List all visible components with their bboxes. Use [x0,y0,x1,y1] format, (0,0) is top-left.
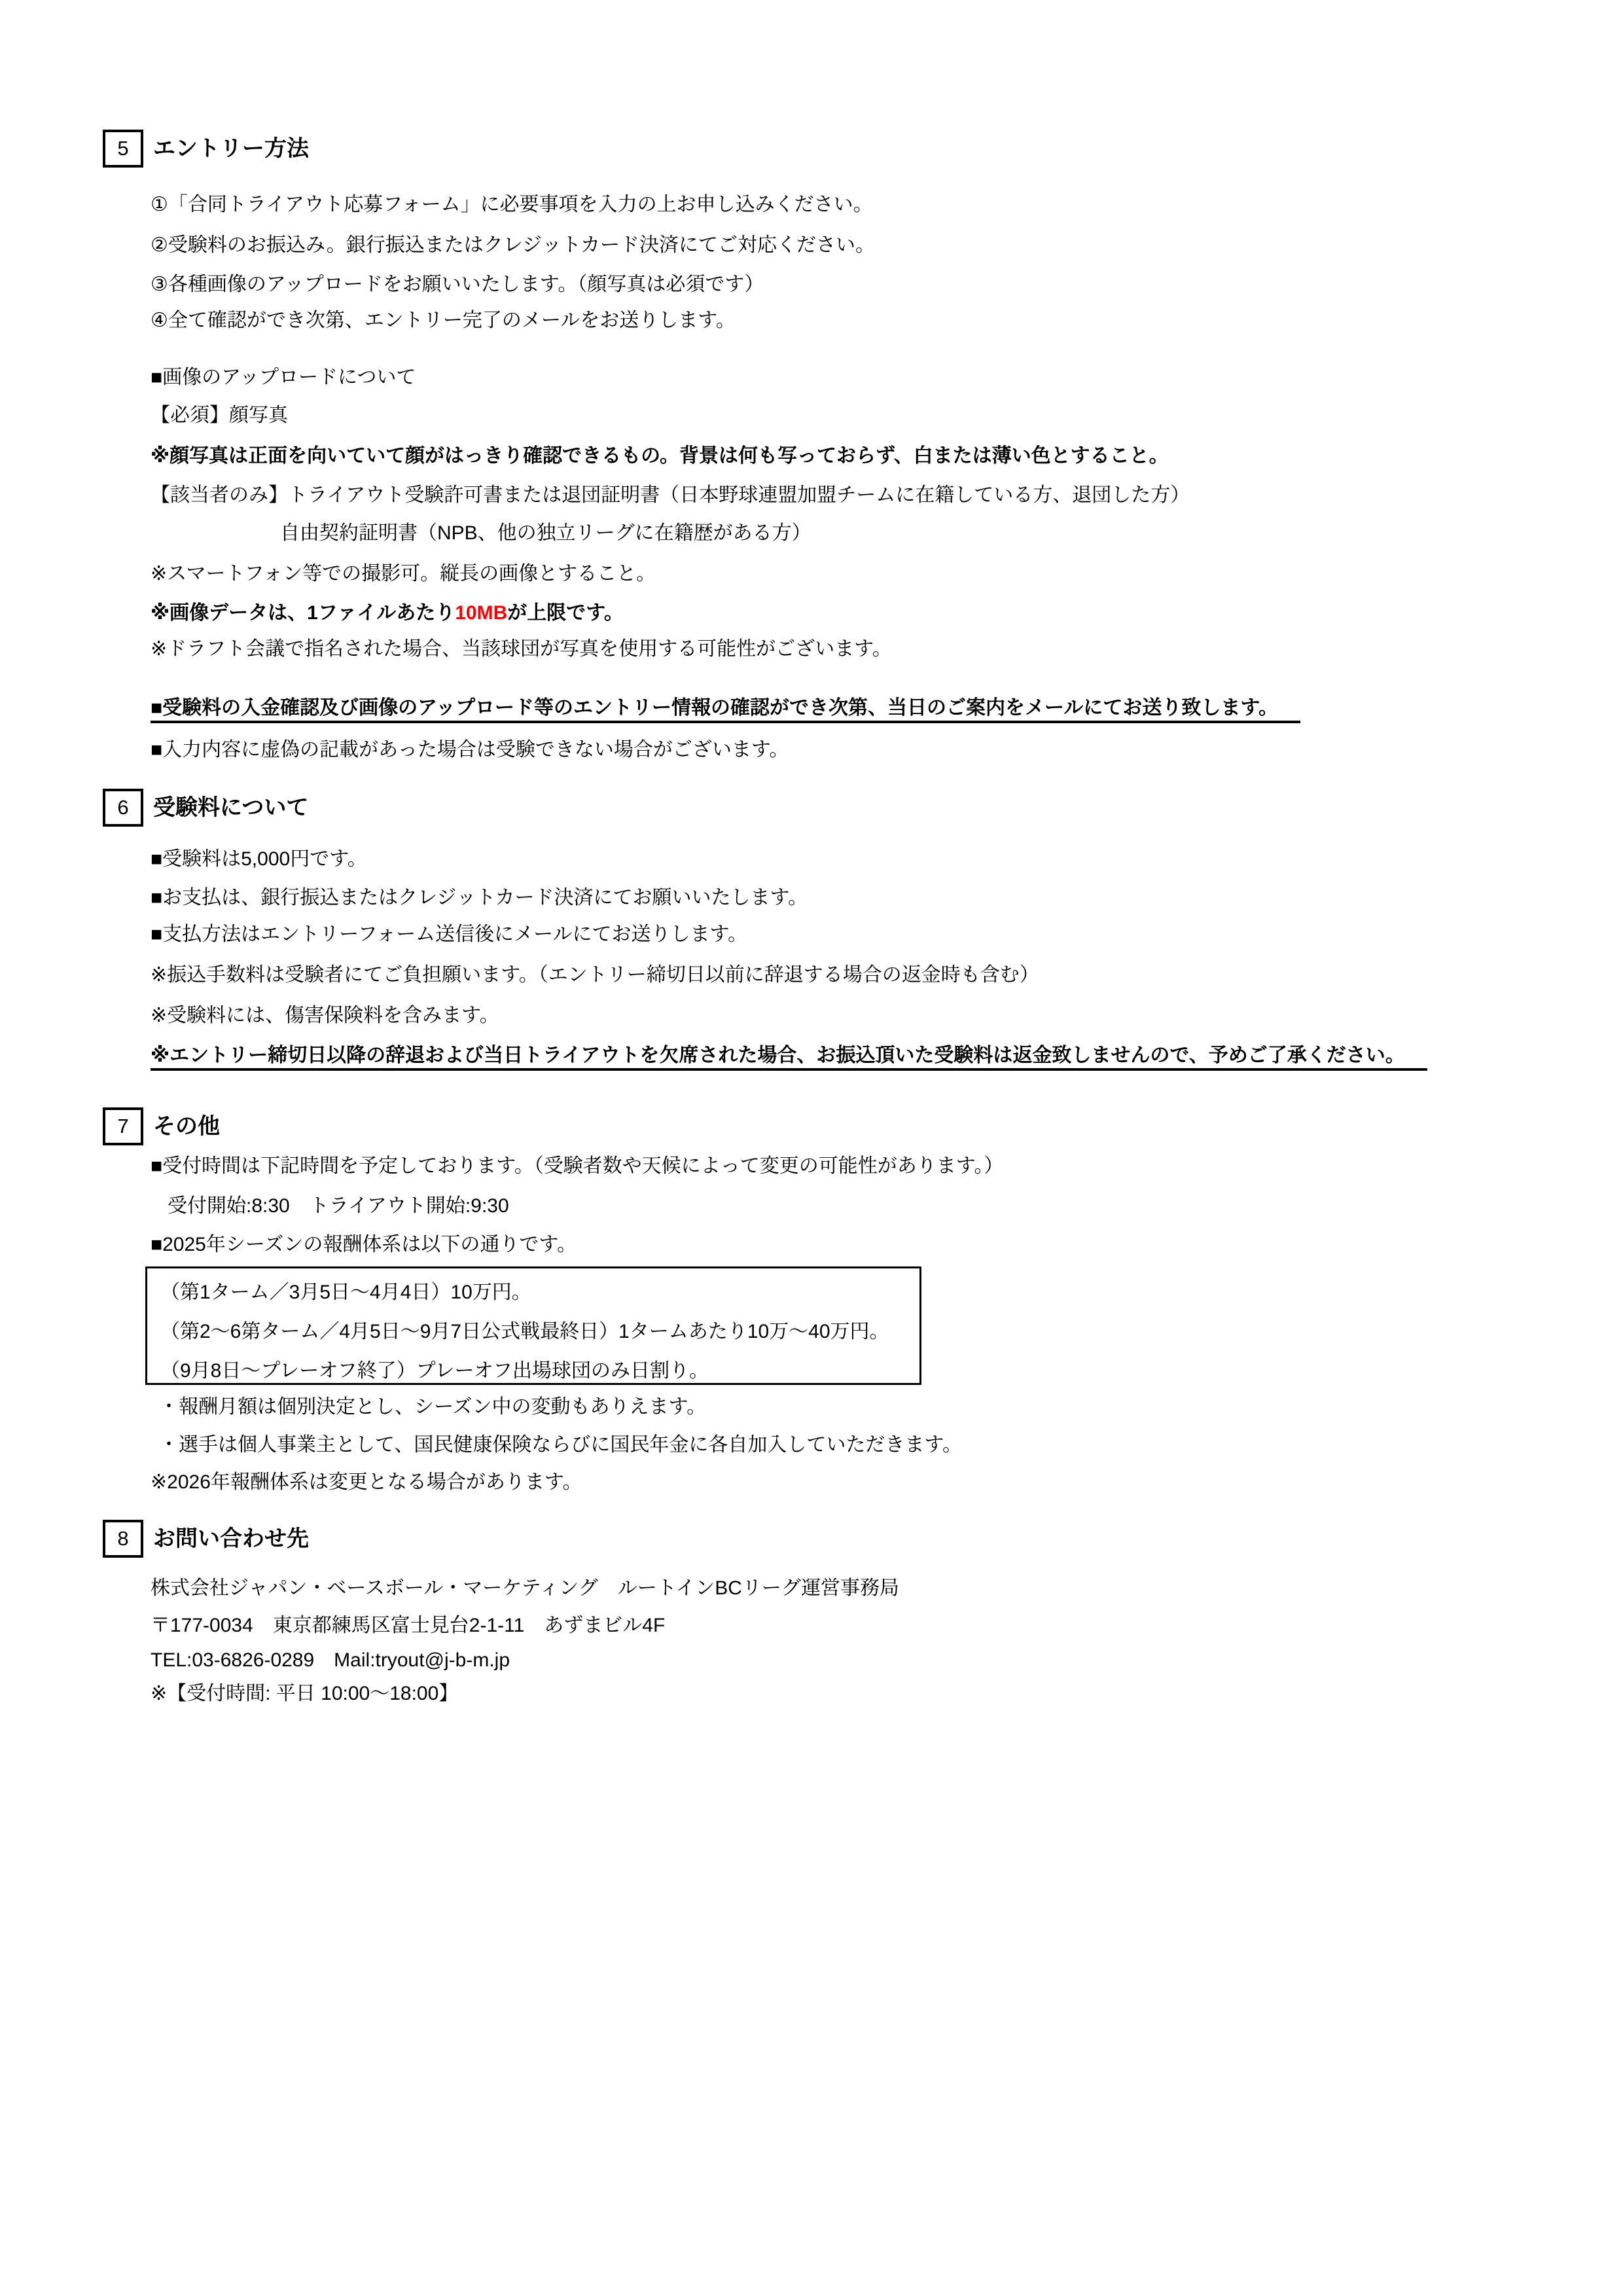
reward-bullet-2: ・選手は個人事業主として、国民健康保険ならびに国民年金に各自加入していただきます… [159,1431,962,1460]
file-size-suffix: が上限です。 [507,602,624,624]
document-page: 5 エントリー方法 ①「合同トライアウト応募フォーム」に必要事項を入力の上お申し… [0,0,1623,2296]
required-photo-label: 【必須】顔写真 [151,401,288,430]
section-8-number: 8 [117,1527,128,1551]
fee-payment-method: ■お支払は、銀行振込またはクレジットカード決済にてお願いいたします。 [151,884,808,912]
section-6-number: 6 [117,796,128,819]
fee-payment-info: ■支払方法はエントリーフォーム送信後にメールにてお送りします。 [151,920,747,949]
file-size-prefix: ※画像データは、1ファイルあたり [151,602,455,624]
reward-bullet-1: ・報酬月額は個別決定とし、シーズン中の変動もありえます。 [159,1393,706,1422]
false-entry-note: ■入力内容に虚偽の記載があった場合は受験できない場合がございます。 [151,736,789,764]
fee-amount: ■受験料は5,000円です。 [151,845,367,874]
section-8-title: お問い合わせ先 [153,1520,309,1558]
entry-step-1: ①「合同トライアウト応募フォーム」に必要事項を入力の上お申し込みください。 [151,190,873,219]
fee-insurance-note: ※受験料には、傷害保険料を含みます。 [151,1001,499,1030]
section-6-number-box: 6 [103,789,143,827]
contact-company: 株式会社ジャパン・ベースボール・マーケティング ルートインBCリーグ運営事務局 [151,1574,899,1603]
reward-term-1: （第1ターム／3月5日～4月4日）10万円。 [160,1278,531,1307]
reward-term-2: （第2～6第ターム／4月5日～9月7日公式戦最終日）1タームあたり10万～40万… [160,1318,889,1346]
file-size-limit: 10MB [455,602,507,624]
reward-heading: ■2025年シーズンの報酬体系は以下の通りです。 [151,1230,577,1259]
smartphone-note: ※スマートフォン等での撮影可。縦長の画像とすること。 [151,560,656,588]
entry-step-2: ②受験料のお振込み。銀行振込またはクレジットカード決済にてご対応ください。 [151,231,875,260]
reward-2026-note: ※2026年報酬体系は変更となる場合があります。 [151,1468,582,1497]
payment-confirm-note: ■受験料の入金確認及び画像のアップロード等のエントリー情報の確認ができ次第、当日… [151,694,1300,723]
upload-heading: ■画像のアップロードについて [151,363,416,392]
section-7-title: その他 [153,1107,220,1145]
photo-requirements-note: ※顔写真は正面を向いていて顔がはっきり確認できるもの。背景は何も写っておらず、白… [151,442,1169,471]
section-6-title: 受験料について [153,789,308,827]
section-7-number-box: 7 [103,1107,143,1145]
reception-time-note: ■受付時間は下記時間を予定しております。（受験者数や天候によって変更の可能性があ… [151,1152,1003,1181]
section-5-number: 5 [117,137,128,160]
entry-step-3: ③各種画像のアップロードをお願いいたします。（顔写真は必須です） [151,270,764,299]
file-size-note: ※画像データは、1ファイルあたり10MBが上限です。 [151,599,624,628]
section-5-number-box: 5 [103,130,143,168]
section-8-number-box: 8 [103,1520,143,1558]
eligible-documents-note: 【該当者のみ】トライアウト受験許可書または退団証明書（日本野球連盟加盟チームに在… [151,481,1190,510]
section-5-title: エントリー方法 [153,130,309,168]
section-7-number: 7 [117,1115,128,1138]
contact-address: 〒177-0034 東京都練馬区富士見台2-1-11 あずまビル4F [151,1611,665,1640]
reward-term-3: （9月8日～プレーオフ終了）プレーオフ出場球団のみ日割り。 [160,1357,709,1386]
draft-photo-note: ※ドラフト会議で指名された場合、当該球団が写真を使用する可能性がございます。 [151,635,892,664]
fee-transfer-charge-note: ※振込手数料は受験者にてご負担願います。（エントリー締切日以前に辞退する場合の返… [151,961,1039,990]
start-times: 受付開始:8:30 トライアウト開始:9:30 [168,1192,509,1221]
contact-tel-mail: TEL:03-6826-0289 Mail:tryout@j-b-m.jp [151,1646,510,1675]
entry-step-4: ④全て確認ができ次第、エントリー完了のメールをお送りします。 [151,306,736,335]
free-contract-certificate: 自由契約証明書（NPB、他の独立リーグに在籍歴がある方） [280,519,811,548]
fee-no-refund-note: ※エントリー締切日以降の辞退および当日トライアウトを欠席された場合、お振込頂いた… [151,1041,1427,1070]
contact-hours: ※【受付時間: 平日 10:00～18:00】 [151,1679,458,1708]
